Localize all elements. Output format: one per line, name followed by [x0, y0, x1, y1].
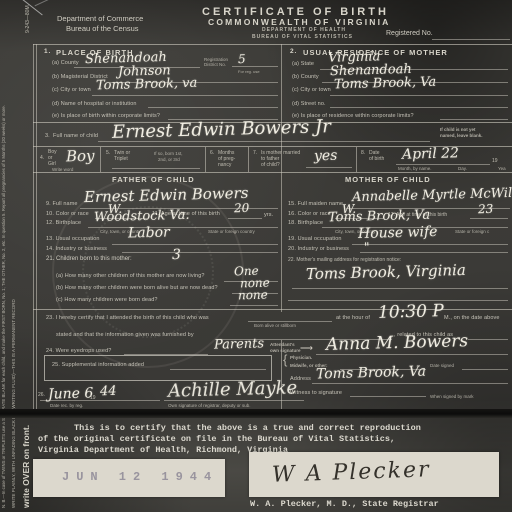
birth-date-label2: of birth	[369, 156, 384, 162]
mother-industry-blank	[360, 252, 508, 253]
children-stillborn-blank	[230, 305, 278, 306]
father-occupation-value: Labor	[128, 224, 170, 241]
reproduction-statement-line1: This is to certify that the above is a t…	[74, 423, 421, 433]
children-born-value: 3	[172, 247, 181, 263]
certify-statement-part3: M., on the date above	[444, 315, 500, 321]
rule	[281, 44, 282, 312]
commonwealth-subtitle: COMMONWEALTH OF VIRGINIA	[208, 17, 391, 27]
mailing-address-blank1	[292, 288, 508, 289]
father-age-value: 20	[234, 201, 250, 215]
mother-married-number: 7.	[253, 150, 257, 156]
children-stillborn-label: (c) How many children were born dead?	[56, 297, 158, 303]
mother-city-label: (c) City or town	[292, 87, 331, 93]
mother-married-label3: of child?	[261, 162, 280, 168]
child-name-blank	[98, 141, 430, 142]
mother-city-blank	[330, 95, 508, 96]
margin-note-ink: WRITE PLAINLY, WITH UNFADING BLACK INK (…	[11, 299, 16, 508]
date-received-blank	[40, 400, 160, 401]
twin-order-label-line1: If so, born 1st,	[154, 151, 183, 156]
section2-number: 2.	[290, 48, 297, 55]
twin-number: 5.	[106, 150, 110, 156]
mother-birthplace-value: Toms Brook, Va	[328, 208, 430, 226]
registration-district-blank	[232, 66, 278, 67]
father-birthplace-value: Woodstock Va.	[94, 208, 190, 225]
father-occupation-blank	[112, 244, 278, 245]
mother-birthplace-sub2: State or foreign c	[455, 229, 489, 234]
related-as-blank	[468, 339, 508, 340]
rule	[33, 172, 512, 173]
address-blank	[312, 383, 508, 384]
rule	[248, 147, 249, 172]
birth-date-value: April 22	[402, 145, 459, 162]
rule	[100, 147, 101, 172]
date-received-year: 44	[100, 384, 117, 399]
signed-by-mark-label: When signed by mark	[430, 394, 474, 399]
attendant-brace: {	[283, 352, 287, 367]
birth-date-sub-year: Yea	[498, 166, 506, 171]
birth-date-year-19: 19	[492, 158, 498, 164]
certify-statement-line2a: stated and that the information given wa…	[56, 332, 194, 338]
registrar-signature-label: Own signature of registrar, deputy or su…	[168, 403, 251, 408]
children-born-label: 21. Children born to this mother:	[46, 256, 132, 262]
father-industry-label: 14. Industry or business	[46, 246, 107, 252]
birth-date-number: 8.	[361, 150, 365, 156]
attendant-signature-blank	[316, 354, 508, 355]
certify-statement-part2: at the hour of	[336, 315, 370, 321]
born-alive-sub-label: Born alive or stillborn	[254, 323, 296, 328]
father-occupation-label: 13. Usual occupation	[46, 236, 100, 242]
registered-no-label: Registered No.	[386, 30, 433, 37]
pregnancy-months-number: 6.	[210, 150, 214, 156]
twin-blank	[112, 168, 200, 169]
date-signed-blank	[462, 369, 508, 370]
hospital-blank	[148, 107, 278, 108]
physician-label: Physician.	[290, 355, 312, 360]
rule	[33, 44, 34, 412]
child-name-number: 3.	[45, 133, 50, 139]
sex-number: 4.	[40, 155, 44, 161]
father-birthplace-sub2: State or foreign country	[208, 229, 255, 234]
margin-note-nb: N. B.—In case of TWINS or TRIPLETS use a…	[1, 105, 6, 508]
registered-no-blank	[432, 39, 510, 40]
certificate-bottom-edge	[0, 409, 512, 418]
mother-maiden-name-label: 15. Full maiden name	[288, 201, 343, 207]
born-alive-blank	[248, 321, 332, 322]
father-age-blank	[228, 218, 262, 219]
residence-corporate-limits-blank	[440, 119, 508, 120]
rule	[205, 147, 206, 172]
street-no-blank	[330, 107, 508, 108]
children-living-label: (a) How many other children of this moth…	[56, 273, 205, 279]
registrar-signature-blank	[164, 400, 304, 401]
dept-commerce-line1: Department of Commerce	[57, 14, 143, 23]
mother-age-blank	[470, 218, 508, 219]
birth-date-sub-day: Day.	[458, 166, 467, 171]
city-town-blank	[92, 95, 278, 96]
mother-age-value: 23	[478, 202, 494, 216]
mother-birthplace-label: 18. Birthplace	[288, 220, 323, 226]
for-reg-use-label: For reg. use	[238, 69, 260, 74]
unnamed-note-line1: If child is not yet	[440, 127, 476, 132]
pregnancy-months-label3: nancy	[218, 162, 231, 168]
furnished-by-value: Parents	[214, 336, 264, 352]
certificate-photo: N. B.—In case of TWINS or TRIPLETS use a…	[0, 0, 512, 512]
father-section-header: FATHER OF CHILD	[112, 175, 195, 184]
sex-value: Boy	[66, 147, 95, 166]
mailing-address-value: Toms Brook, Virginia	[306, 261, 466, 283]
father-name-label: 9. Full name	[46, 201, 78, 207]
children-dead-label: (b) How many other children were born al…	[56, 285, 218, 291]
address-value: Toms Brook, Va	[316, 364, 426, 383]
reproduction-statement-line2: of the original certificate on file in t…	[38, 434, 395, 444]
father-birthplace-label: 12. Birthplace	[46, 220, 81, 226]
hospital-label: (d) Name of hospital or institution	[52, 101, 137, 107]
rule	[356, 147, 357, 172]
mother-occupation-label: 19. Usual occupation	[288, 236, 342, 242]
registration-district-label2: District No.	[204, 62, 226, 67]
father-age-yrs-label: yrs.	[264, 212, 273, 218]
supplemental-info-label: 25. Supplemental information added	[52, 362, 144, 368]
section1-number: 1.	[44, 48, 51, 55]
supplemental-info-box	[44, 355, 272, 381]
mother-state-label: (a) State	[292, 61, 314, 67]
corporate-limits-label: (e) Is place of birth within corporate l…	[52, 113, 160, 119]
certify-statement-part1: 23. I hereby certify that I attended the…	[46, 315, 209, 321]
scratch-mark	[35, 0, 50, 6]
sex-write-word-label: Write word	[52, 167, 73, 172]
birth-date-sub-month: Month, by name.	[398, 166, 432, 171]
mother-married-value: yes	[314, 148, 338, 165]
city-town-value: Toms Brook, va	[96, 76, 198, 94]
dept-commerce-line2: Bureau of the Census	[66, 24, 139, 33]
city-town-label: (c) City or town	[52, 87, 91, 93]
registration-district-value: 5	[238, 52, 246, 66]
twin-order-label-line2: 2nd, or 3rd	[158, 157, 180, 162]
witness-label: Witness to signature	[290, 390, 342, 396]
mother-race-label: 16. Color or race	[288, 211, 331, 217]
child-name-label: Full name of child	[53, 133, 98, 139]
mother-county-label: (b) County	[292, 74, 319, 80]
mother-industry-label: 20. Industry or business	[288, 246, 349, 252]
father-birthplace-blank	[88, 227, 278, 228]
mother-city-value: Toms Brook, Va	[334, 75, 436, 93]
attendant-label-line1: Attendant's	[270, 342, 295, 347]
eyedrops-label: 24. Were eyedrops used?	[46, 348, 111, 354]
date-stamp-value: JUN 12 1944	[62, 470, 218, 484]
father-race-label: 10. Color or race	[46, 211, 89, 217]
attendant-signature-value: Anna M. Bowers	[326, 331, 469, 355]
bureau-vital-stats-line: BUREAU OF VITAL STATISTICS	[252, 34, 353, 40]
street-no-label: (d) Street no.	[292, 101, 326, 107]
mother-section-header: MOTHER OF CHILD	[345, 175, 431, 184]
birth-time-value: 10:30 P	[378, 301, 444, 323]
rule	[33, 44, 512, 45]
child-name-value: Ernest Edwin Bowers Jr	[112, 116, 331, 143]
date-received-label: Date rec. by reg.	[50, 403, 83, 408]
mother-married-blank	[306, 167, 352, 168]
form-number: 9-243—80M.	[25, 4, 31, 33]
left-margin-notes: N. B.—In case of TWINS or TRIPLETS use a…	[0, 0, 32, 512]
supplemental-info-blank	[170, 369, 266, 370]
dept-health-line: DEPARTMENT OF HEALTH	[262, 27, 346, 33]
father-industry-blank	[122, 252, 278, 253]
witness-blank	[350, 396, 426, 397]
mailing-address-blank2	[288, 300, 508, 301]
attendant-arrow-icon: ⟶	[300, 343, 313, 354]
rule	[36, 44, 37, 412]
date-signed-label: Date signed	[430, 363, 454, 368]
children-stillborn-value: none	[238, 288, 268, 303]
margin-over-note: write OVER on front.	[21, 425, 31, 508]
registrar-signature-value: Achille Mayke	[168, 377, 298, 401]
county-label: (a) County	[52, 60, 79, 66]
state-registrar-typed-name: W. A. Plecker, M. D., State Registrar	[250, 499, 439, 509]
registrar-row-number: 26.	[38, 392, 45, 398]
birth-date-blank	[396, 164, 490, 165]
unnamed-note-line2: named, leave blank.	[440, 133, 483, 138]
twin-label-line2: Triplet	[114, 156, 128, 162]
mother-occupation-blank	[352, 244, 508, 245]
